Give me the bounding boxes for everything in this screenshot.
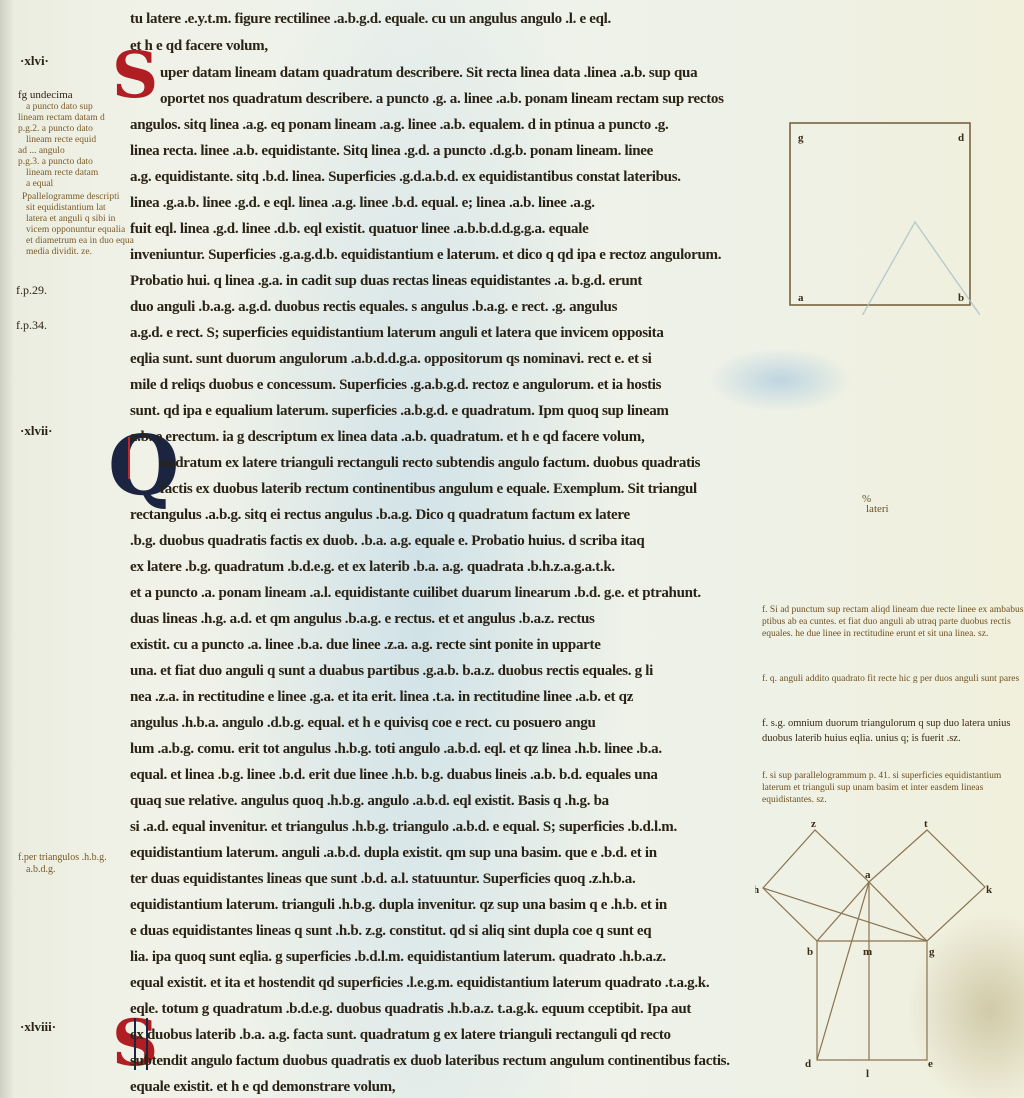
text-line: uadratum ex latere trianguli rectanguli … (160, 452, 740, 474)
text-line: ex latere .b.g. quadratum .b.d.e.g. et e… (130, 556, 740, 578)
text-line: linea recta. linee .a.b. equidistante. S… (130, 140, 740, 162)
text-line: fuit eql. linea .g.d. linee .d.b. eql ex… (130, 218, 740, 240)
text-line: tu latere .e.y.t.m. figure rectilinee .a… (130, 8, 740, 30)
text-line: subtendit angulo factum duobus quadratis… (130, 1050, 740, 1072)
gloss-line: lineam rectam datam d (18, 113, 105, 124)
square-label-a: a (798, 292, 804, 304)
text-line: equal existit. et ita et hostendit qd su… (130, 972, 740, 994)
text-line: .b.g. duobus quadratis factis ex duob. .… (130, 530, 740, 552)
text-line: a.g. equidistante. sitq .b.d. linea. Sup… (130, 166, 740, 188)
text-line: angulos. sitq linea .a.g. eq ponam linea… (130, 114, 740, 136)
text-line: existit. cu a puncto .a. linee .b.a. due… (130, 634, 740, 656)
text-line: sunt. qd ipa e equalium laterum. superfi… (130, 400, 740, 422)
gloss-line: fg undecima (18, 90, 73, 101)
text-line: a.g.d. e rect. S; superficies equidistan… (130, 322, 740, 344)
text-line: eqlia sunt. sunt duorum angulorum .a.b.d… (130, 348, 740, 370)
point-label-m: m (863, 946, 872, 958)
gloss-line: et diametrum ea in duo equa (26, 236, 134, 247)
point-label-a: a (865, 869, 871, 881)
point-label-z: z (811, 818, 816, 830)
point-label-e: e (928, 1058, 933, 1070)
margin-word-lateri: % lateri (866, 503, 889, 515)
gloss-line: a puncto dato sup (26, 102, 93, 113)
text-line: angulus .h.b.a. angulo .d.b.g. equal. et… (130, 712, 740, 734)
text-line: lum .a.b.g. comu. erit tot angulus .h.b.… (130, 738, 740, 760)
reference-mark: % (862, 493, 871, 505)
right-margin-gloss-1: f. Si ad punctum sup rectam aliqd lineam… (762, 604, 1024, 640)
gloss-line: a equal (26, 179, 53, 190)
point-label-g: g (929, 946, 935, 958)
gloss-line: lineam recte equid (26, 135, 96, 146)
text-line: si .a.d. equal invenitur. et triangulus … (130, 816, 740, 838)
gloss-line: p.g.3. a puncto dato (18, 157, 93, 168)
manuscript-page: ·xlvi· fg undecima a puncto dato sup lin… (0, 0, 1024, 1098)
text-line: et a puncto .a. ponam lineam .a.l. equid… (130, 582, 740, 604)
square-label-d: d (958, 132, 964, 144)
text-line: ex duobus laterib .b.a. a.g. facta sunt.… (130, 1024, 740, 1046)
square-label-b: b (958, 292, 964, 304)
point-label-h: h (755, 884, 759, 896)
text-line: et h e qd facere volum, (130, 35, 740, 57)
proposition-number-47: ·xlvii· (20, 424, 53, 438)
point-label-l: l (866, 1068, 869, 1080)
gloss-line: lineam recte datam (26, 168, 98, 179)
text-line: nea .z.a. in rectitudine e linee .g.a. e… (130, 686, 740, 708)
text-line: mile d reliqs duobus e concessum. Superf… (130, 374, 740, 396)
right-margin-gloss-2: f. q. anguli addito quadrato fit recte h… (762, 673, 1024, 685)
gloss-line: ad ... angulo (18, 146, 65, 157)
text-line: ter duas equidistantes lineas que sunt .… (130, 868, 740, 890)
text-line: lia. ipa quoq sunt eqlia. g superficies … (130, 946, 740, 968)
text-line: e duas equidistantes lineas q sunt .h.b.… (130, 920, 740, 942)
point-label-t: t (924, 818, 928, 830)
text-line: equidistantium laterum. anguli .a.b.d. d… (130, 842, 740, 864)
gloss-line: latera et anguli q sibi in (26, 214, 115, 225)
text-line: inveniuntur. Superficies .g.a.g.d.b. equ… (130, 244, 740, 266)
text-line: equidistantium laterum. trianguli .h.b.g… (130, 894, 740, 916)
cross-reference-29: f.p.29. (16, 283, 47, 297)
gloss-line: sit equidistantium lat (26, 203, 106, 214)
text-line: oportet nos quadratum describere. a punc… (160, 88, 740, 110)
text-line: quaq sue relative. angulus quoq .h.b.g. … (130, 790, 740, 812)
text-line: Probatio hui. q linea .g.a. in cadit sup… (130, 270, 740, 292)
right-margin-gloss-3: f. s.g. omnium duorum triangulorum q sup… (762, 716, 1024, 746)
square-diagram: g d a b (780, 115, 980, 315)
text-line: equal. et linea .b.g. linee .b.d. erit d… (130, 764, 740, 786)
right-margin-gloss-4: f. si sup parallelogrammum p. 41. si sup… (762, 770, 1024, 806)
page-gutter-shadow (0, 0, 14, 1098)
gloss-line: f.per triangulos .h.b.g. (18, 852, 107, 863)
pythagorean-theorem-diagram: z t h k a b m g d l e (755, 815, 1024, 1098)
text-line: linea .g.a.b. linee .g.d. e eql. linea .… (130, 192, 740, 214)
text-line: a.b. e erectum. ia g descriptum ex linea… (130, 426, 740, 448)
point-label-b: b (807, 946, 813, 958)
point-label-k: k (986, 884, 993, 896)
text-line: duas lineas .h.g. a.d. et qm angulus .b.… (130, 608, 740, 630)
gloss-line: media dividit. ze. (26, 247, 92, 258)
text-line: eqle. totum g quadratum .b.d.e.g. duobus… (130, 998, 740, 1020)
proposition-number-48: ·xlviii· (20, 1020, 56, 1034)
text-line: duo anguli .b.a.g. a.g.d. duobus rectis … (130, 296, 740, 318)
text-line: factis ex duobus laterib rectum continen… (160, 478, 740, 500)
gloss-line: vicem opponuntur equalia (26, 225, 125, 236)
text-line: una. et fiat duo anguli q sunt a duabus … (130, 660, 740, 682)
proposition-number-46: ·xlvi· (20, 54, 49, 68)
cross-reference-34: f.p.34. (16, 318, 47, 332)
gloss-line: a.b.d.g. (26, 864, 55, 875)
point-label-d: d (805, 1058, 811, 1070)
gloss-line: Ppallelogramme descripti (22, 192, 119, 203)
text-line: rectangulus .a.b.g. sitq ei rectus angul… (130, 504, 740, 526)
text-line: uper datam lineam datam quadratum descri… (160, 62, 740, 84)
gloss-line: p.g.2. a puncto dato (18, 124, 93, 135)
text-line: equale existit. et h e qd demonstrare vo… (130, 1076, 740, 1098)
square-label-g: g (798, 132, 804, 144)
